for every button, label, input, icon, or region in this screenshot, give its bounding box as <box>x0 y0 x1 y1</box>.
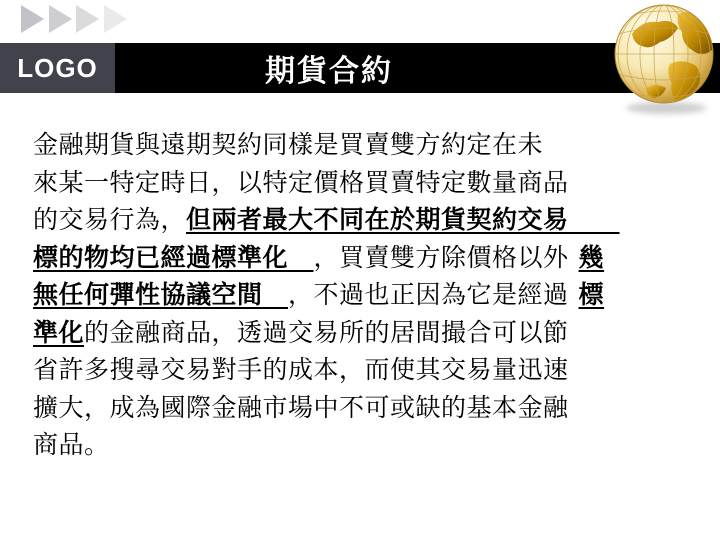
emphasized-text: 幾 <box>569 244 605 272</box>
arrow-right-icon <box>104 5 127 33</box>
text-line: 擴大，成為國際金融市場中不可或缺的基本金融 <box>33 394 569 422</box>
logo-box: LOGO <box>0 43 115 93</box>
emphasized-text: 標的物均已經過標準化 <box>33 244 314 272</box>
text-line: ，不過也正因為它是經過 <box>288 281 569 309</box>
text-line: 金融期貨與遠期契約同樣是買賣雙方約定在未 <box>33 131 543 159</box>
emphasized-text: 準化 <box>33 319 84 347</box>
arrow-right-icon <box>76 5 99 33</box>
text-line: 的金融商品，透過交易所的居間撮合可以節 <box>84 319 569 347</box>
emphasized-text: 無任何彈性協議空間 <box>33 281 288 309</box>
text-line: 來某一特定時日，以特定價格買賣特定數量商品 <box>33 169 569 197</box>
presentation-slide: LOGO 期貨合約 <box>0 0 720 540</box>
emphasized-text: 但兩者最大不同在於期貨契約交易 <box>186 206 620 234</box>
text-line: ，買賣雙方除價格以外 <box>314 244 569 272</box>
body-paragraph: 金融期貨與遠期契約同樣是買賣雙方約定在未 來某一特定時日，以特定價格買賣特定數量… <box>33 127 693 465</box>
text-line: 省許多搜尋交易對手的成本，而使其交易量迅速 <box>33 356 569 384</box>
arrow-right-icon <box>49 5 72 33</box>
arrow-right-icon <box>21 5 44 33</box>
logo-text: LOGO <box>17 53 98 84</box>
text-line: 商品。 <box>33 431 110 459</box>
emphasized-text: 標 <box>569 281 605 309</box>
page-title: 期貨合約 <box>265 46 393 90</box>
globe-icon <box>612 0 716 118</box>
text-line: 的交易行為， <box>33 206 186 234</box>
